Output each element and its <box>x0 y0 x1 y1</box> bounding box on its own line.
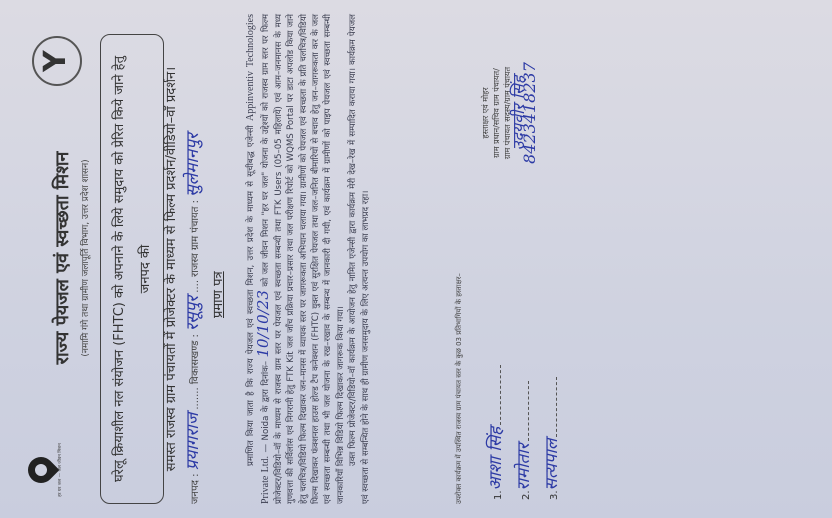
jal-jeevan-mission-logo: हर घर जल — जल जीवन मिशन <box>28 440 64 500</box>
block-label: विकासखण्ड : <box>190 334 201 384</box>
signatory-phone: 8423418237 <box>524 38 535 188</box>
page-subtitle: (नमामि गंगे तथा ग्रामीण जलापूर्ति विभाग,… <box>78 118 91 398</box>
witness-section: उपरोक्त कार्यक्रम में उपस्थित राजस्व ग्र… <box>455 204 464 504</box>
panchayat-value: सुलेमानपुर <box>183 133 203 197</box>
witness-intro: उपरोक्त कार्यक्रम में उपस्थित राजस्व ग्र… <box>455 204 464 504</box>
witness-row: 1.आशा सिंह <box>483 365 506 500</box>
certificate-body: प्रमाणित किया जाता है कि राज्य पेयजल एवं… <box>245 14 372 504</box>
certificate-page: हर घर जल — जल जीवन मिशन राज्य पेयजल एवं … <box>0 0 832 518</box>
signatory-block: हस्ताक्षर एवं मोहर ग्राम प्रधान/सचिव ग्र… <box>480 38 535 188</box>
program-banner: घरेलू क्रियाशील नल संयोजन (FHTC) को अपना… <box>100 34 164 504</box>
location-fields: जनपद : प्रयागराज ....... विकासखण्ड : रसू… <box>180 14 203 504</box>
panchayat-label: राजस्व ग्राम पंचायत : <box>190 200 201 277</box>
district-label: जनपद : <box>190 473 201 504</box>
witness-row: 2.रामोतार <box>511 381 534 500</box>
page-title: राज्य पेयजल एवं स्वच्छता मिशन <box>50 128 74 388</box>
up-government-seal-icon <box>32 36 82 86</box>
certificate-title: प्रमाण पत्र <box>208 271 226 318</box>
water-drop-icon <box>23 452 60 489</box>
program-date: 10/10/23 <box>254 290 272 357</box>
body-paragraph-1: प्रमाणित किया जाता है कि राज्य पेयजल एवं… <box>245 14 347 504</box>
block-value: रसूपुर <box>183 296 203 331</box>
body-paragraph-2: उक्त फिल्म प्रोजेक्टर/विडियो–वॉ कार्यक्र… <box>347 14 372 504</box>
witness-row: 3.सत्यपाल <box>539 377 562 500</box>
district-value: प्रयागराज <box>183 413 203 470</box>
banner-line-1: घरेलू क्रियाशील नल संयोजन (FHTC) को अपना… <box>107 45 159 493</box>
